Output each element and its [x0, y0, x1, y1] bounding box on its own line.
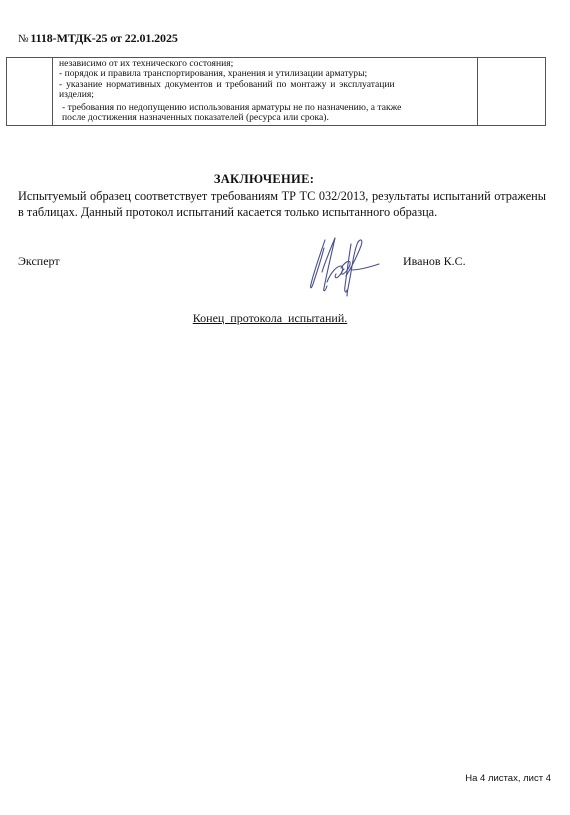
result-cell: [478, 58, 546, 126]
expert-name: Иванов К.С.: [403, 254, 466, 269]
signature-block: Эксперт Иванов К.С.: [0, 232, 570, 302]
requirement-line: после достижения назначенных показателей…: [59, 113, 471, 123]
requirements-table: независимо от их технического состояния;…: [6, 57, 546, 126]
requirement-line: изделия;: [59, 90, 471, 100]
end-of-protocol-text: Конец протокола испытаний.: [193, 311, 348, 325]
document-number: №1118-МТДК-25 от 22.01.2025: [18, 31, 178, 46]
row-number-cell: [7, 58, 53, 126]
page-footer: На 4 листах, лист 4: [465, 773, 551, 784]
document-number-text: 1118-МТДК-25 от 22.01.2025: [30, 31, 177, 45]
number-sign: №: [18, 33, 28, 45]
conclusion-text: Испытуемый образец соответствует требова…: [18, 188, 546, 220]
requirement-line: - указание нормативных документов и треб…: [59, 80, 471, 90]
end-of-protocol-note: Конец протокола испытаний.: [0, 311, 540, 326]
signature-icon: [305, 232, 395, 298]
requirements-cell: независимо от их технического состояния;…: [53, 58, 478, 126]
table-row: независимо от их технического состояния;…: [7, 58, 546, 126]
expert-role-label: Эксперт: [18, 254, 60, 269]
conclusion-title: ЗАКЛЮЧЕНИЕ:: [214, 172, 314, 187]
conclusion-heading: ЗАКЛЮЧЕНИЕ:: [0, 172, 520, 187]
